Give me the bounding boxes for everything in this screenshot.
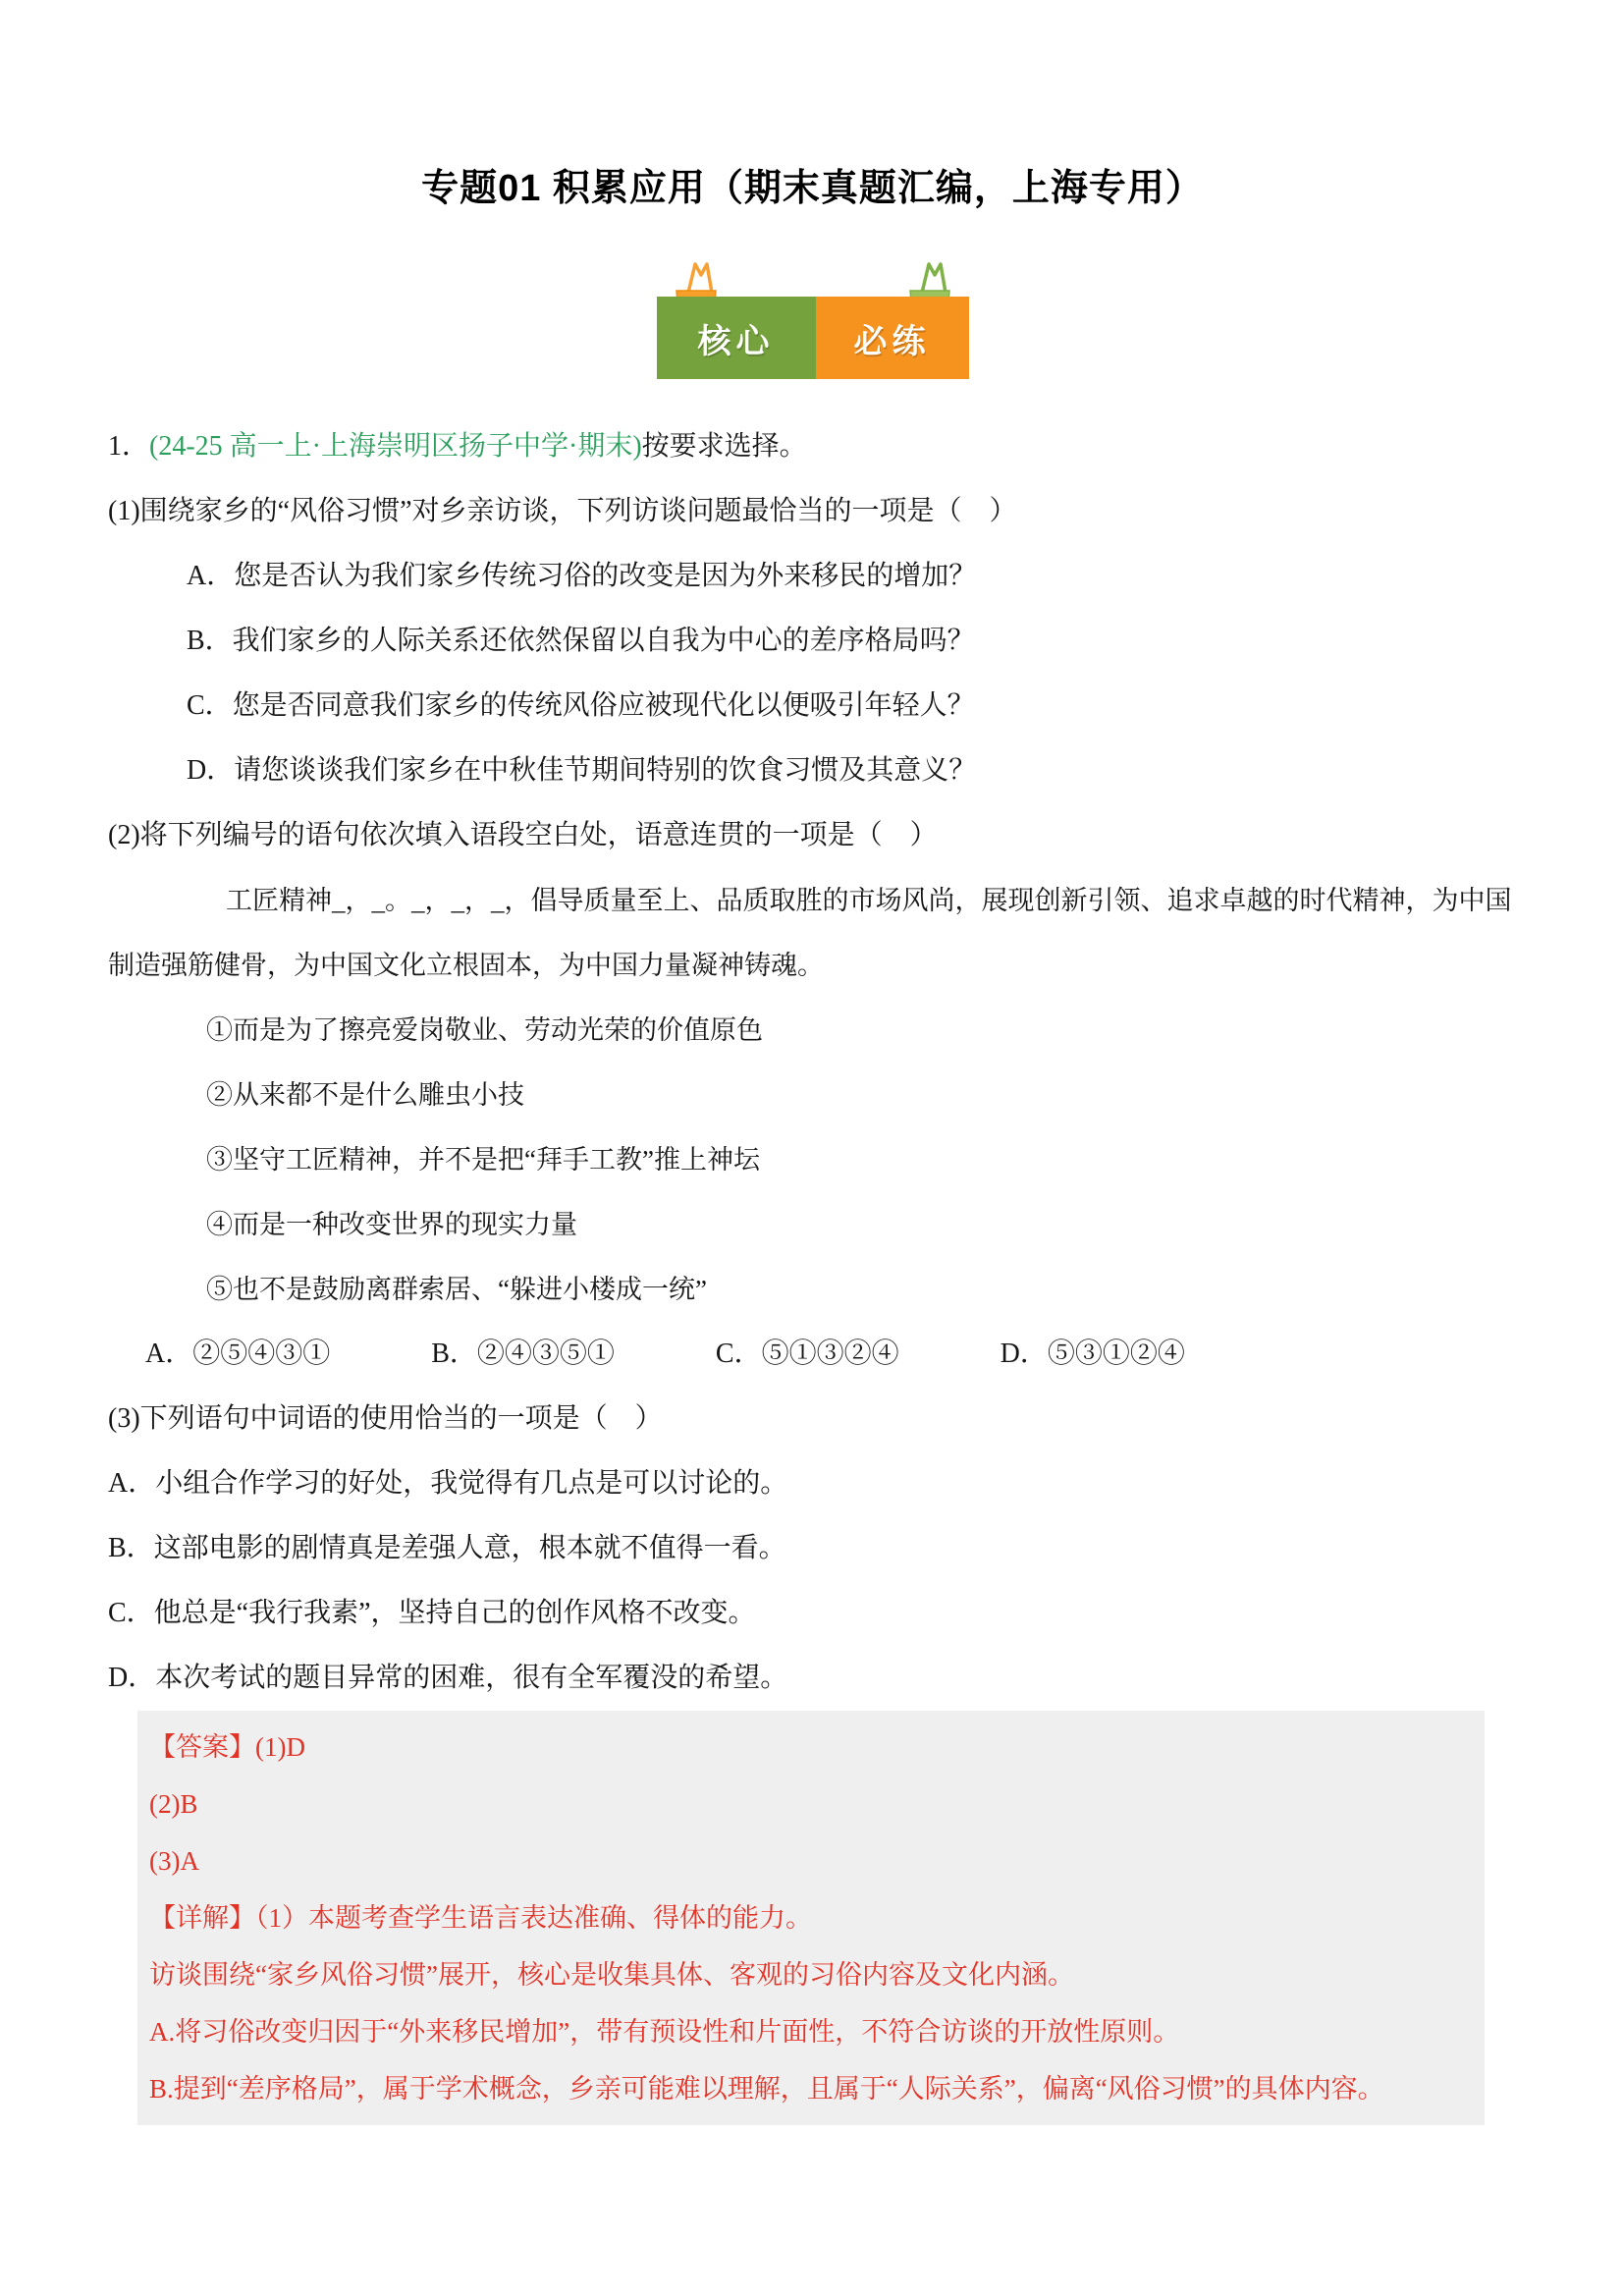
answer-explanation-line-4: B.提到“差序格局”，属于学术概念，乡亲可能难以理解，且属于“人际关系”，偏离“… — [149, 2060, 1485, 2117]
part2-item-3: ③坚守工匠精神，并不是把“拜手工教”推上神坛 — [108, 1127, 1517, 1192]
part2-item-2: ②从来都不是什么雕虫小技 — [108, 1063, 1517, 1127]
part3-option-d: D．本次考试的题目异常的困难，很有全军覆没的希望。 — [108, 1646, 1517, 1711]
page-title: 专题01 积累应用（期末真题汇编，上海专用） — [108, 165, 1517, 212]
question-source: (24-25 高一上·上海崇明区扬子中学·期末) — [149, 431, 642, 462]
answer-line-1: 【答案】(1)D — [149, 1719, 1485, 1776]
part1-option-b: B．我们家乡的人际关系还依然保留以自我为中心的差序格局吗？ — [108, 609, 1517, 674]
badge-left-label: 核心 — [698, 314, 775, 362]
answer-section: 【答案】(1)D (2)B (3)A 【详解】（1）本题考查学生语言表达准确、得… — [137, 1711, 1485, 2125]
part1-option-a: A．您是否认为我们家乡传统习俗的改变是因为外来移民的增加？ — [108, 544, 1517, 609]
answer-explanation-line-1: 【详解】（1）本题考查学生语言表达准确、得体的能力。 — [149, 1889, 1485, 1946]
part1-stem: (1)围绕家乡的“风俗习惯”对乡亲访谈，下列访谈问题最恰当的一项是（ ） — [108, 479, 1517, 544]
part2-item-5: ⑤也不是鼓励离群索居、“躲进小楼成一统” — [108, 1257, 1517, 1322]
badge-left-segment: 核心 — [657, 297, 816, 379]
part2-choice-row: A．②⑤④③① B．②④③⑤① C．⑤①③②④ D．⑤③①②④ — [108, 1322, 1517, 1387]
part3-option-a: A．小组合作学习的好处，我觉得有几点是可以讨论的。 — [108, 1451, 1517, 1516]
page-content: 专题01 积累应用（期末真题汇编，上海专用） 核心 必练 1．(24-25 高一… — [0, 165, 1623, 2125]
part2-choice-d: D．⑤③①②④ — [1001, 1322, 1185, 1387]
part2-choice-c: C．⑤①③②④ — [716, 1322, 899, 1387]
question-instruction: 按要求选择。 — [642, 431, 807, 462]
question-header-line: 1．(24-25 高一上·上海崇明区扬子中学·期末)按要求选择。 — [108, 414, 1517, 479]
section-badge: 核心 必练 — [657, 297, 969, 379]
part2-stem: (2)将下列编号的语句依次填入语段空白处，语意连贯的一项是（ ） — [108, 803, 1517, 868]
part3-stem: (3)下列语句中词语的使用恰当的一项是（ ） — [108, 1387, 1517, 1451]
part3-option-b: B．这部电影的剧情真是差强人意，根本就不值得一看。 — [108, 1516, 1517, 1581]
part2-choice-b: B．②④③⑤① — [431, 1322, 615, 1387]
exam-document-page: { "page": { "title": "专题01 积累应用（期末真题汇编，上… — [0, 0, 1623, 2296]
part2-item-4: ④而是一种改变世界的现实力量 — [108, 1192, 1517, 1257]
answer-explanation-line-3: A.将习俗改变归因于“外来移民增加”，带有预设性和片面性，不符合访谈的开放性原则… — [149, 2003, 1485, 2060]
part1-option-d: D．请您谈谈我们家乡在中秋佳节期间特别的饮食习惯及其意义？ — [108, 738, 1517, 803]
question-number: 1． — [108, 431, 149, 462]
part3-option-c: C．他总是“我行我素”，坚持自己的创作风格不改变。 — [108, 1581, 1517, 1646]
part2-passage: 工匠精神_，_。_，_，_，倡导质量至上、品质取胜的市场风尚，展现创新引领、追求… — [108, 868, 1517, 998]
answer-explanation-line-2: 访谈围绕“家乡风俗习惯”展开，核心是收集具体、客观的习俗内容及文化内涵。 — [149, 1946, 1485, 2003]
part1-option-c: C．您是否同意我们家乡的传统风俗应被现代化以便吸引年轻人？ — [108, 674, 1517, 738]
answer-line-2: (2)B — [149, 1776, 1485, 1832]
answer-line-3: (3)A — [149, 1832, 1485, 1889]
part2-choice-a: A．②⑤④③① — [145, 1322, 330, 1387]
badge-right-segment: 必练 — [816, 297, 969, 379]
badge-right-label: 必练 — [854, 314, 931, 362]
part2-item-1: ①而是为了擦亮爱岗敬业、劳动光荣的价值原色 — [108, 998, 1517, 1063]
